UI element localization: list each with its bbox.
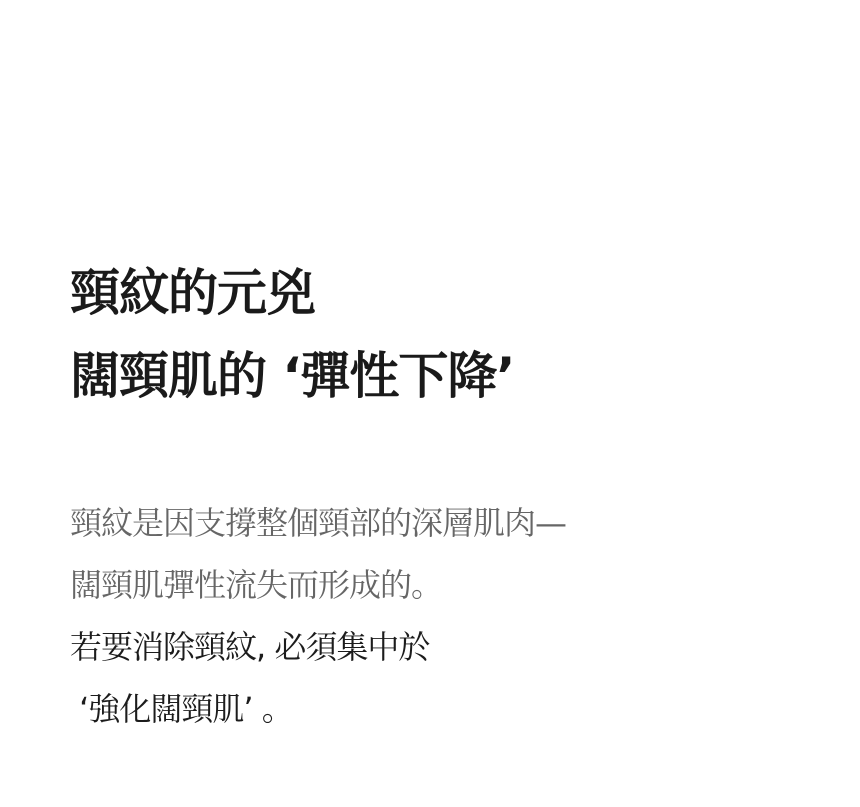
body-paragraph: 頸紋是因支撐整個頸部的深層肌肉— 闊頸肌彈性流失而形成的。 若要消除頸紋, 必須… [70, 492, 566, 740]
emphasis-line-1: 若要消除頸紋, 必須集中於 [70, 616, 566, 678]
explanation-line-2: 闊頸肌彈性流失而形成的。 [70, 554, 566, 616]
explanation-line-1: 頸紋是因支撐整個頸部的深層肌肉— [70, 492, 566, 554]
heading-line-2: 闊頸肌的 ‘彈性下降’ [70, 335, 514, 418]
emphasis-line-2: ‘強化闊頸肌’ 。 [70, 678, 566, 740]
section-heading: 頸紋的元兇 闊頸肌的 ‘彈性下降’ [70, 252, 514, 418]
heading-line-1: 頸紋的元兇 [70, 252, 514, 335]
